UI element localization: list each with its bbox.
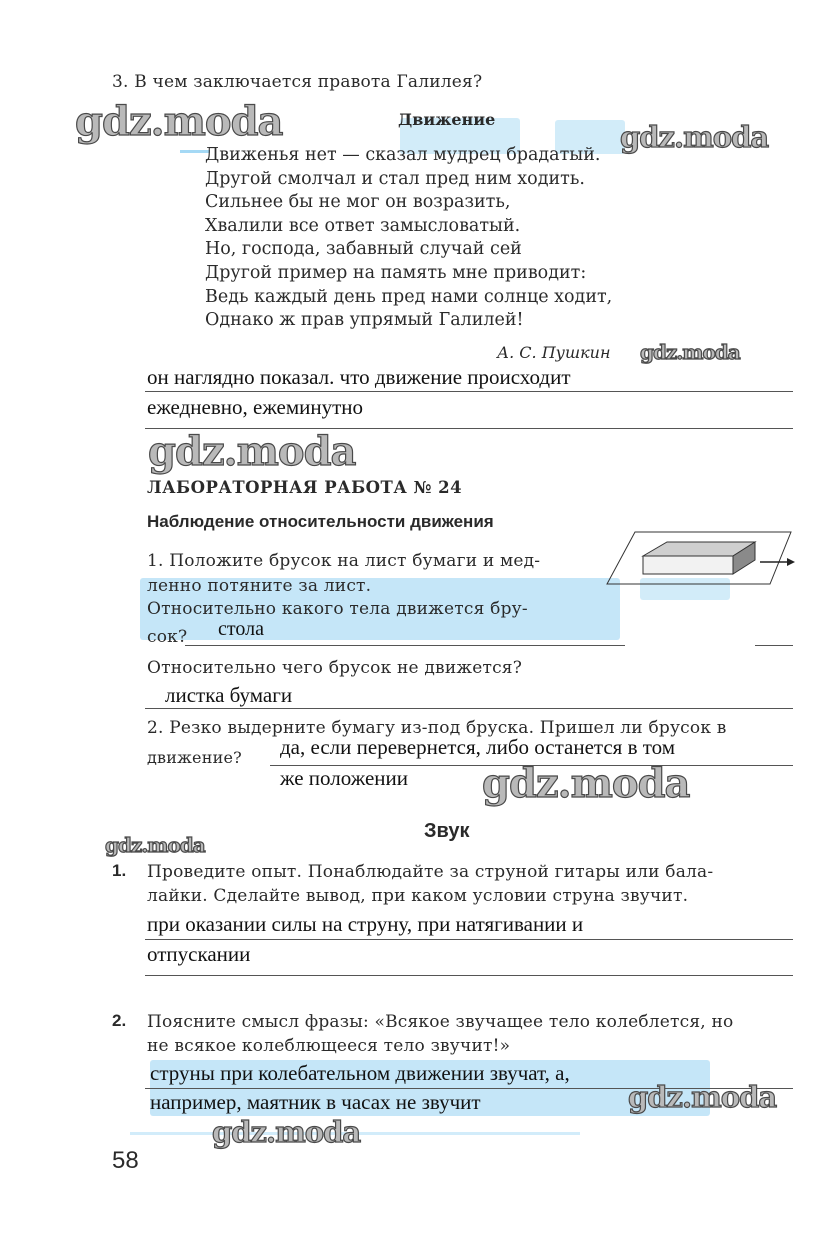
watermark: gdz.moda (482, 760, 689, 807)
poem: Движенья нет — сказал мудрец брадатый. Д… (205, 144, 612, 333)
sound-task-2-line: не всякое колеблющееся тело звучит!» (147, 1036, 510, 1056)
poem-line: Однако ж прав упрямый Галилей! (205, 309, 612, 333)
sound-task-2-answer-line-2: например, маятник в часах не звучит (150, 1090, 481, 1115)
lab-step2-answer-line-1: да, если перевернется, либо останется в … (280, 735, 675, 760)
page-number: 58 (112, 1147, 139, 1175)
answer-rule (755, 645, 793, 646)
sound-task-2-number: 2. (112, 1011, 126, 1031)
lab-step1-line: ленно потяните за лист. (147, 576, 371, 596)
sound-task-1-line: лайки. Сделайте вывод, при каком условии… (147, 886, 688, 906)
galileo-question: 3. В чем заключается правота Галилея? (112, 72, 482, 92)
sound-task-1-number: 1. (112, 861, 126, 881)
poem-line: Ведь каждый день пред нами солнце ходит, (205, 286, 612, 310)
sound-title: Звук (424, 820, 469, 843)
sound-task-2-answer-line-1: струны при колебательном движении звучат… (150, 1061, 570, 1086)
watermark: gdz.moda (148, 428, 355, 475)
galileo-answer-line-1: он наглядно показал. что движение происх… (147, 365, 571, 390)
sound-task-2-line: Поясните смысл фразы: «Всякое звучащее т… (147, 1012, 733, 1032)
poem-author: А. С. Пушкин (497, 343, 611, 362)
lab-subtitle: Наблюдение относительности движения (147, 512, 494, 532)
lab-step1-line: 1. Положите брусок на лист бумаги и мед- (147, 551, 540, 571)
galileo-answer-line-2: ежедневно, ежеминутно (147, 395, 363, 420)
watermark: gdz.moda (75, 98, 282, 145)
answer-rule (145, 939, 793, 940)
answer-rule (145, 975, 793, 976)
poem-line: Другой смолчал и стал пред ним ходить. (205, 168, 612, 192)
lab-step1-line: сок? (147, 627, 187, 647)
lab-question-2-answer: листка бумаги (165, 683, 292, 708)
watermark: gdz.moda (640, 340, 740, 364)
sound-task-1-answer-line-2: отпускании (147, 942, 250, 967)
lab-step2-prefix: движение? (147, 748, 242, 767)
watermark: gdz.moda (212, 1115, 360, 1149)
lab-step2-answer-line-2: же положении (280, 766, 408, 791)
poem-line: Но, господа, забавный случай сей (205, 238, 612, 262)
answer-rule (145, 708, 793, 709)
answer-rule (145, 391, 793, 392)
poem-title: Движение (398, 110, 495, 129)
poem-line: Другой пример на память мне приводит: (205, 262, 612, 286)
block-on-paper-diagram (595, 528, 800, 600)
watermark: gdz.moda (628, 1080, 776, 1114)
poem-line: Движенья нет — сказал мудрец брадатый. (205, 144, 612, 168)
watermark: gdz.moda (105, 833, 205, 857)
answer-rule (185, 645, 625, 646)
lab-step1-answer: стола (218, 618, 264, 641)
watermark: gdz.moda (620, 120, 768, 154)
sound-task-1-line: Проведите опыт. Понаблюдайте за струной … (147, 862, 713, 882)
poem-line: Сильнее бы не мог он возразить, (205, 191, 612, 215)
poem-line: Хвалили все ответ замысловатый. (205, 215, 612, 239)
lab-step1-line: Относительно какого тела движется бру- (147, 599, 528, 619)
sound-task-1-answer-line-1: при оказании силы на струну, при натягив… (147, 912, 583, 937)
lab-question-2: Относительно чего брусок не движется? (147, 658, 522, 678)
lab-title: ЛАБОРАТОРНАЯ РАБОТА № 24 (147, 478, 462, 497)
